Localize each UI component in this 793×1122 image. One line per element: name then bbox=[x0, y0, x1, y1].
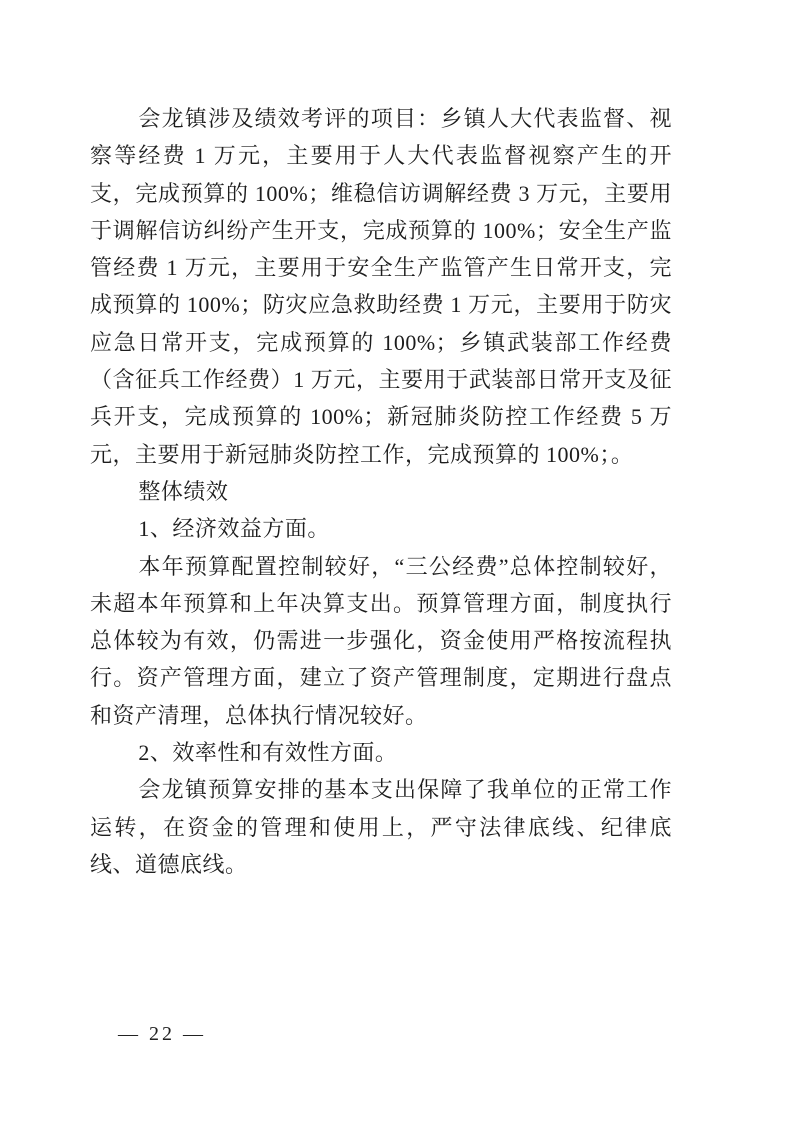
page-number: — 22 — bbox=[118, 1023, 206, 1046]
paragraph-efficiency-effectiveness: 会龙镇预算安排的基本支出保障了我单位的正常工作运转，在资金的管理和使用上，严守法… bbox=[90, 771, 672, 883]
heading-overall-performance: 整体绩效 bbox=[90, 473, 672, 510]
paragraph-economic-benefit: 本年预算配置控制较好，“三公经费”总体控制较好，未超本年预算和上年决算支出。预算… bbox=[90, 548, 672, 734]
document-page: 会龙镇涉及绩效考评的项目：乡镇人大代表监督、视察等经费 1 万元，主要用于人大代… bbox=[0, 0, 793, 1122]
paragraph-performance-evaluation-projects: 会龙镇涉及绩效考评的项目：乡镇人大代表监督、视察等经费 1 万元，主要用于人大代… bbox=[90, 100, 672, 473]
heading-economic-benefit: 1、经济效益方面。 bbox=[90, 510, 672, 547]
heading-efficiency-effectiveness: 2、效率性和有效性方面。 bbox=[90, 734, 672, 771]
document-body: 会龙镇涉及绩效考评的项目：乡镇人大代表监督、视察等经费 1 万元，主要用于人大代… bbox=[90, 100, 672, 883]
